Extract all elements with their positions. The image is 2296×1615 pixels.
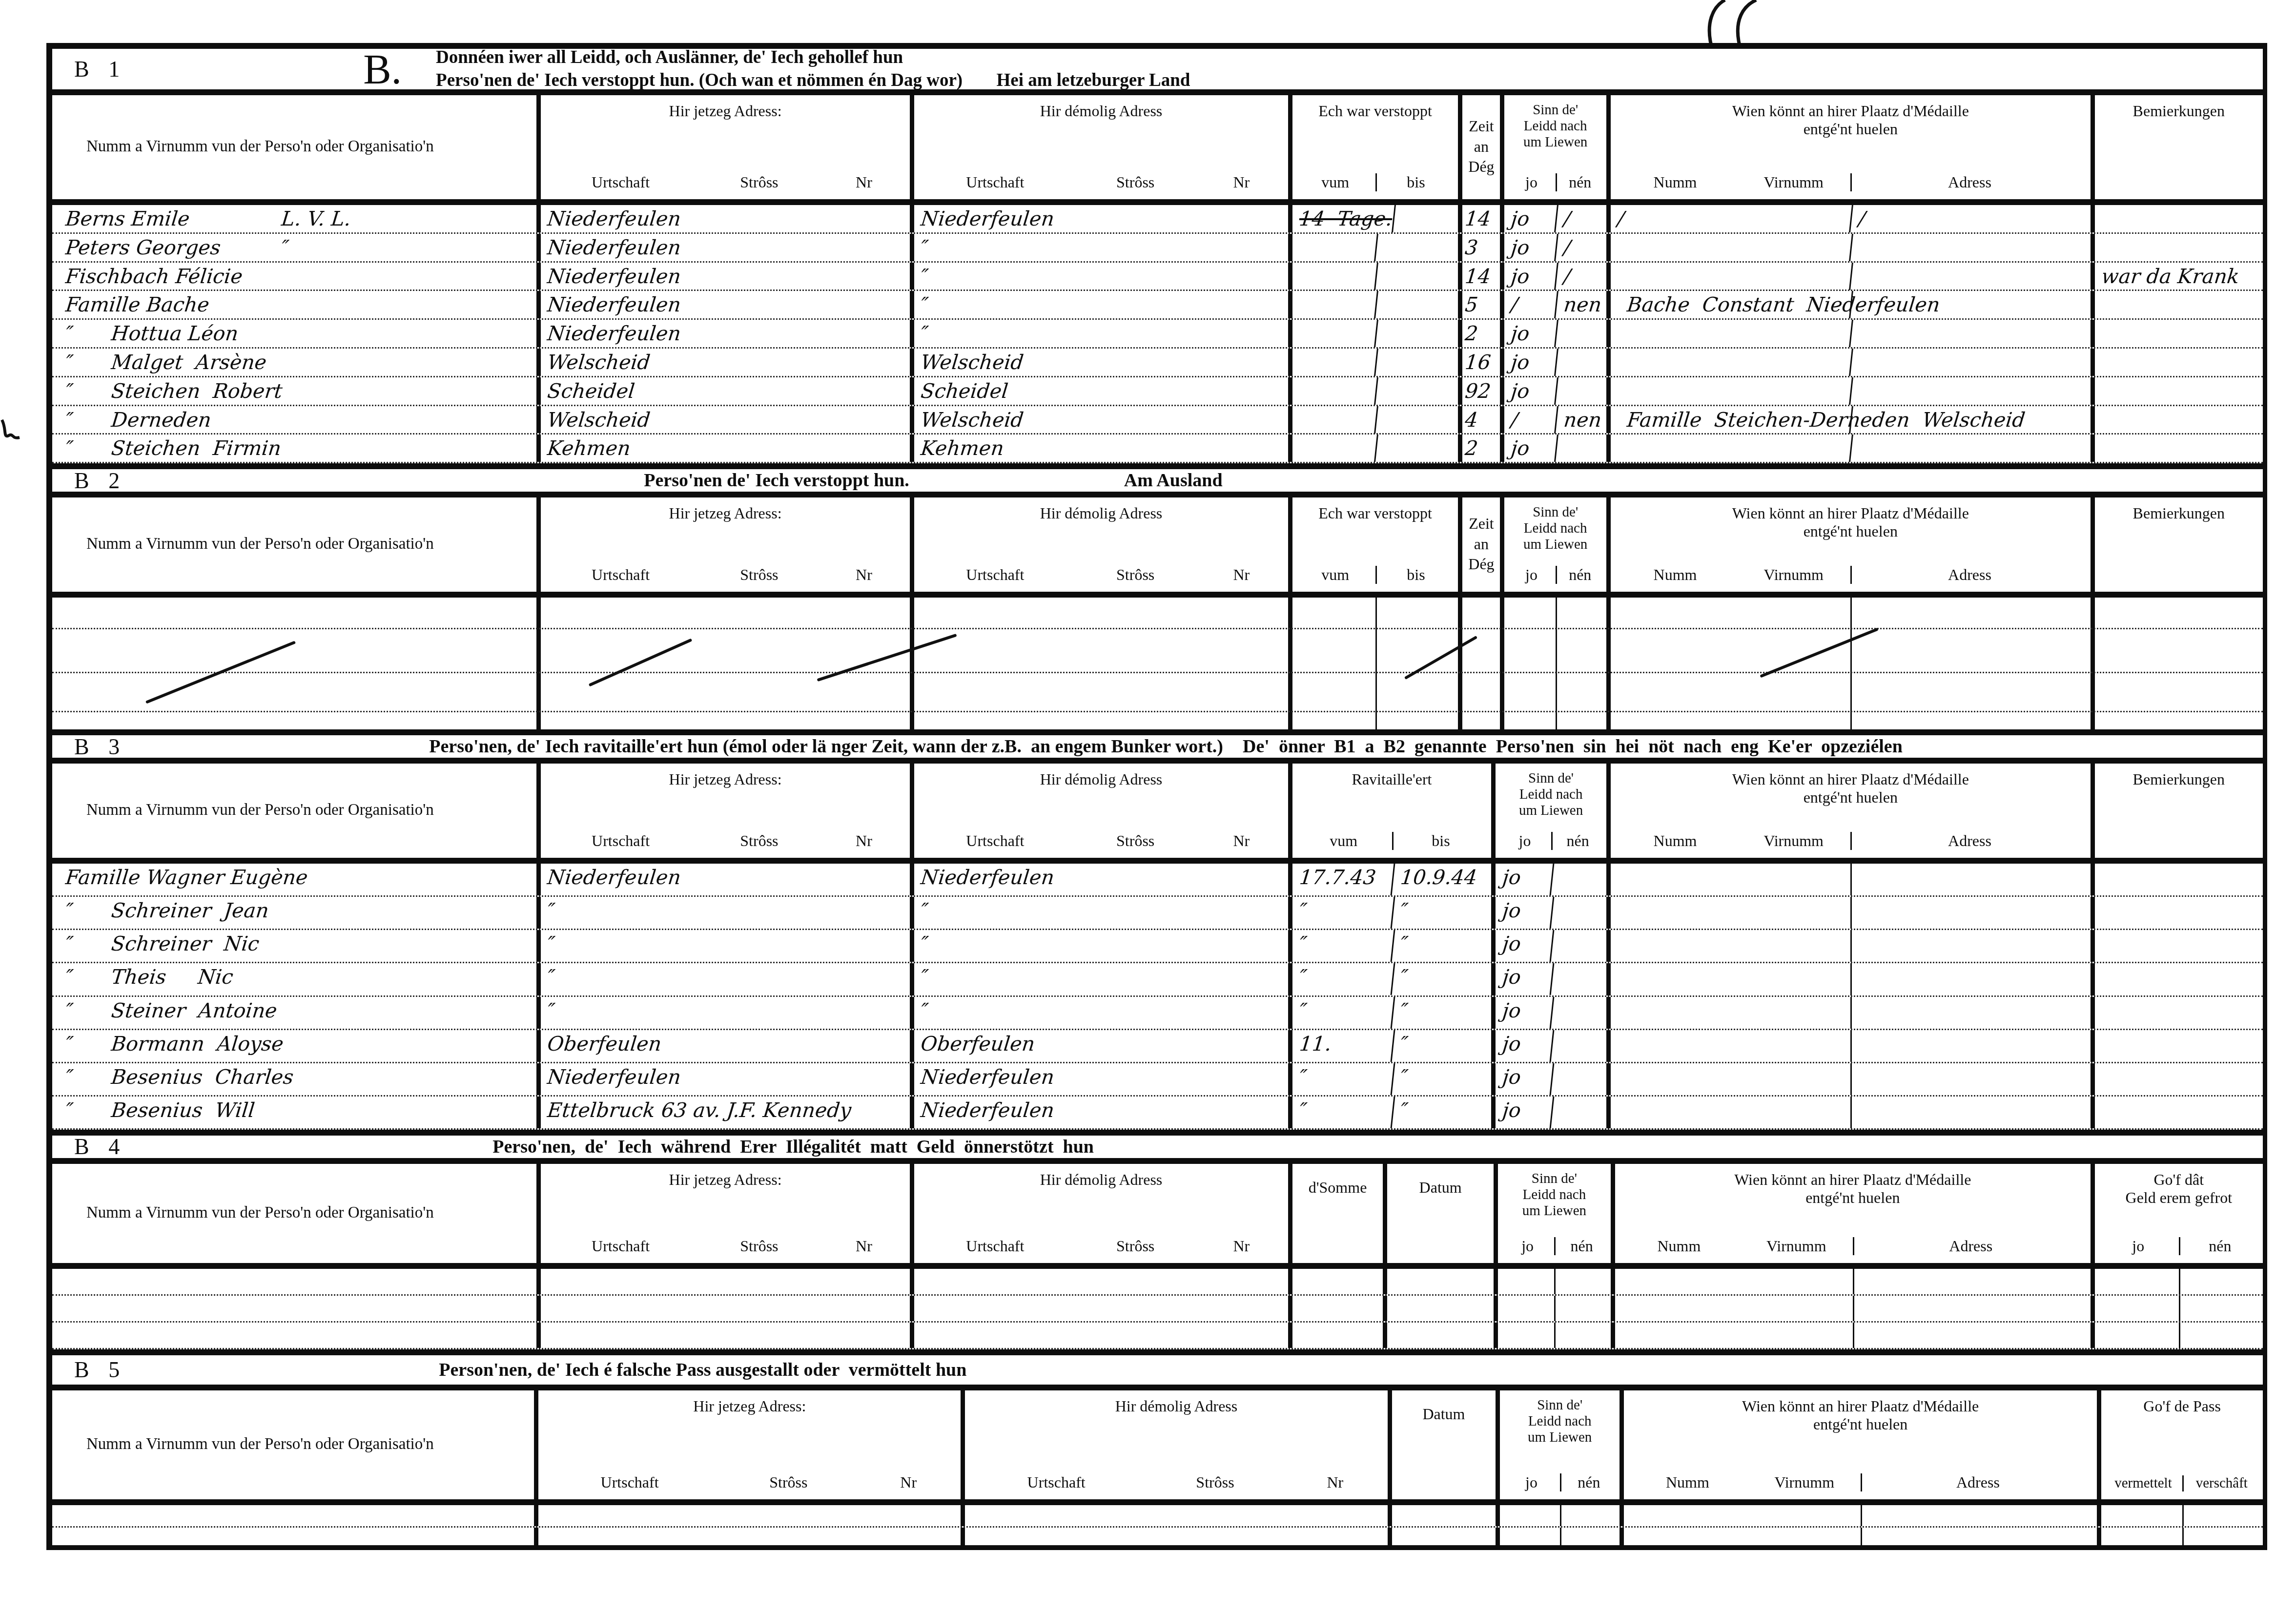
ravitailleert-vum: ″ — [1291, 997, 1394, 1029]
cell-bemierkungen — [2091, 234, 2263, 261]
cell-name: ″ Malget Arsène — [52, 349, 536, 376]
wien-virnumm — [1734, 234, 1852, 261]
b2-title: Perso'nen de' Iech verstoppt hun. — [644, 470, 909, 491]
cell-wien: Famille Steichen-Derneden Welscheid — [1606, 406, 2091, 434]
cell-bemierkungen — [2091, 406, 2263, 434]
cell-demolig: Scheidel — [910, 377, 1288, 405]
b1-column-headers: Numm a Virnumm vun der Perso'n oder Orga… — [52, 95, 2263, 205]
table-row: ″ Schreiner Jean ″ ″ ″ ″ jo — [52, 897, 2263, 930]
cell-zeit: 3 — [1458, 234, 1500, 261]
cell-bemierkungen: war da Krank — [2091, 263, 2263, 290]
b3-note: De' önner B1 a B2 genannte Perso'nen sin… — [1243, 736, 1903, 757]
table-row: ″ Schreiner Nic ″ ″ ″ ″ jo — [52, 930, 2263, 963]
cell-sinn: jo — [1491, 1063, 1606, 1095]
sinn-nen — [1549, 963, 1608, 995]
ravitailleert-vum: ″ — [1291, 930, 1394, 962]
cell-name: ″ Theis Nic — [52, 963, 536, 995]
cell-verstoppt — [1288, 349, 1458, 376]
cell-zeit: 5 — [1458, 291, 1500, 318]
row-organisation: ″ — [273, 234, 291, 259]
cell-sinn: jo — [1491, 864, 1606, 895]
cell-wien — [1606, 349, 2091, 376]
cell-ravitailleert: 11. ″ — [1288, 1030, 1492, 1062]
wien-virnumm — [1734, 349, 1852, 376]
cell-jetzeg: Scheidel — [536, 377, 910, 405]
table-row: Peters Georges ″ Niederfeulen ″ 3 jo / — [52, 234, 2263, 263]
wien-adress — [1849, 263, 2091, 290]
cell-zeit: 14 — [1458, 263, 1500, 290]
ravitailleert-bis: ″ — [1390, 997, 1493, 1029]
cell-demolig: ″ — [910, 963, 1288, 995]
b4-col-gof-geld: Go'f dâtGeld erem gefrot jonén — [2091, 1164, 2263, 1263]
cell-verstoppt — [1288, 377, 1458, 405]
cell-name: Famille Wagner Eugène — [52, 864, 536, 895]
wien-numm — [1609, 377, 1737, 405]
sinn-jo: jo — [1494, 1063, 1553, 1095]
row-name: ″ Hottua Léon — [51, 320, 537, 345]
cell-jetzeg: Kehmen — [536, 435, 910, 462]
b5-col-sinn: Sinn de'Leidd nachum Liewen jonén — [1496, 1390, 1619, 1499]
cell-wien — [1606, 1030, 2091, 1062]
table-row: ″ Malget Arsène Welscheid Welscheid 16 j… — [52, 349, 2263, 377]
cell-ravitailleert: ″ ″ — [1288, 997, 1492, 1029]
cell-wien: Bache Constant Niederfeulen — [1606, 291, 2091, 318]
ravitailleert-vum: ″ — [1291, 1063, 1394, 1095]
section-b2-titlebar: B 2 Perso'nen de' Iech verstoppt hun. Am… — [52, 463, 2263, 497]
b2-col-verstoppt: Ech war verstoppt vumbis — [1288, 497, 1458, 592]
ravitailleert-bis: ″ — [1390, 1097, 1493, 1128]
cell-bemierkungen — [2091, 377, 2263, 405]
b2-col-sinn: Sinn de'Leidd nachum Liewen jonén — [1500, 497, 1606, 592]
verstoppt-vum — [1291, 291, 1377, 318]
b5-column-headers: Numm a Virnumm vun der Perso'n oder Orga… — [52, 1390, 2263, 1505]
cell-name: ″ Besenius Will — [52, 1097, 536, 1128]
verstoppt-vum — [1291, 349, 1377, 376]
verstoppt-vum — [1291, 263, 1377, 290]
ravitailleert-vum: ″ — [1291, 963, 1394, 995]
cell-verstoppt — [1288, 263, 1458, 290]
cell-ravitailleert: ″ ″ — [1288, 897, 1492, 929]
cell-verstoppt — [1288, 435, 1458, 462]
table-row: ″ Theis Nic ″ ″ ″ ″ jo — [52, 963, 2263, 996]
wien-virnumm — [1734, 377, 1852, 405]
dotted-line — [52, 672, 2263, 673]
wien-entry: Famille Steichen-Derneden Welscheid — [1619, 406, 2028, 432]
b5-col-name: Numm a Virnumm vun der Perso'n oder Orga… — [52, 1390, 534, 1499]
wien-numm — [1609, 320, 1737, 347]
section-b1-title: Donnéen iwer all Leidd, och Auslänner, d… — [436, 46, 1190, 92]
cell-verstoppt: 14 Tage. — [1288, 205, 1458, 232]
sinn-jo: jo — [1494, 1030, 1553, 1062]
wien-adress — [1849, 435, 2091, 462]
cell-name: ″ Hottua Léon — [52, 320, 536, 347]
ravitailleert-vum: 17.7.43 — [1291, 864, 1394, 895]
cell-bemierkungen — [2091, 205, 2263, 232]
cell-name: ″ Steichen Firmin — [52, 435, 536, 462]
cell-sinn: jo — [1500, 377, 1606, 405]
cell-bemierkungen — [2091, 1063, 2263, 1095]
cell-wien — [1606, 234, 2091, 261]
table-row: ″ Besenius Will Ettelbruck 63 av. J.F. K… — [52, 1097, 2263, 1130]
cell-name: ″ Steiner Antoine — [52, 997, 536, 1029]
wien-numm: / — [1609, 205, 1737, 232]
cell-sinn: jo — [1491, 897, 1606, 929]
cell-demolig: ″ — [910, 897, 1288, 929]
cell-wien: / / — [1606, 205, 2091, 232]
cell-wien — [1606, 320, 2091, 347]
ravitailleert-vum: ″ — [1291, 897, 1394, 929]
verstoppt-bis — [1374, 263, 1460, 290]
sinn-jo: jo — [1503, 234, 1557, 261]
b2-col-name: Numm a Virnumm vun der Perso'n oder Orga… — [52, 497, 536, 592]
cell-demolig: Niederfeulen — [910, 1063, 1288, 1095]
b3-col-sinn: Sinn de'Leidd nachum Liewen jonén — [1491, 764, 1606, 858]
cell-wien — [1606, 963, 2091, 995]
dotted-line — [52, 628, 2263, 629]
b4-col-somme: d'Somme — [1288, 1164, 1383, 1263]
cell-demolig: ″ — [910, 320, 1288, 347]
ravitailleert-vum: 11. — [1291, 1030, 1394, 1062]
wien-adress: / — [1849, 205, 2091, 232]
b5-col-datum: Datum — [1388, 1390, 1496, 1499]
cell-sinn: jo / — [1500, 263, 1606, 290]
cell-jetzeg: ″ — [536, 963, 910, 995]
table-row: ″ Steichen Robert Scheidel Scheidel 92 j… — [52, 377, 2263, 406]
verstoppt-bis — [1374, 406, 1460, 434]
cell-jetzeg: Welscheid — [536, 406, 910, 434]
row-organisation — [275, 435, 283, 436]
b2-col-wien: Wien könnt an hirer Plaatz d'Médailleent… — [1606, 497, 2091, 592]
cell-bemierkungen — [2091, 897, 2263, 929]
wien-virnumm — [1734, 320, 1852, 347]
cell-sinn: jo — [1500, 320, 1606, 347]
scanned-form-page: B 1 B. Donnéen iwer all Leidd, och Auslä… — [0, 0, 2296, 1615]
cell-verstoppt — [1288, 234, 1458, 261]
cell-verstoppt — [1288, 406, 1458, 434]
cell-sinn: jo — [1491, 1030, 1606, 1062]
table-row: ″ Derneden Welscheid Welscheid 4 / nen — [52, 406, 2263, 435]
wien-virnumm — [1734, 263, 1852, 290]
row-name: ″ Malget Arsène — [51, 349, 537, 374]
b5-col-jetzeg: Hir jetzeg Adress: UrtschaftStrôssNr — [534, 1390, 961, 1499]
cell-demolig: ″ — [910, 997, 1288, 1029]
sinn-nen — [1554, 377, 1608, 405]
cell-name: ″ Schreiner Nic — [52, 930, 536, 962]
cell-wien — [1606, 1063, 2091, 1095]
cell-name: ″ Derneden — [52, 406, 536, 434]
cell-demolig: Kehmen — [910, 435, 1288, 462]
sinn-nen: nen — [1554, 291, 1608, 318]
sinn-nen: / — [1554, 205, 1608, 232]
b3-title: Perso'nen, de' Iech ravitaille'ert hun (… — [429, 736, 1223, 757]
cell-name: Berns Emile L. V. L. — [52, 205, 536, 232]
cell-name: ″ Steichen Robert — [52, 377, 536, 405]
b5-col-wien: Wien könnt an hirer Plaatz d'Médailleent… — [1619, 1390, 2097, 1499]
cell-bemierkungen — [2091, 349, 2263, 376]
section-b3-titlebar: B 3 Perso'nen, de' Iech ravitaille'ert h… — [52, 729, 2263, 764]
sinn-jo: / — [1503, 406, 1557, 434]
row-name: Famille Bache — [51, 291, 537, 316]
sinn-nen — [1549, 864, 1608, 895]
wien-entry — [1620, 205, 1628, 207]
sinn-jo: jo — [1494, 930, 1553, 962]
section-label-b5: B 5 — [74, 1357, 126, 1383]
cell-bemierkungen — [2091, 864, 2263, 895]
table-row: ″ Bormann Aloyse Oberfeulen Oberfeulen 1… — [52, 1030, 2263, 1063]
wien-virnumm — [1734, 205, 1852, 232]
cell-name: ″ Besenius Charles — [52, 1063, 536, 1095]
verstoppt-bis — [1374, 320, 1460, 347]
b1-col-wien: Wien könnt an hirer Plaatz d'Médailleent… — [1606, 95, 2091, 199]
cell-jetzeg: Niederfeulen — [536, 1063, 910, 1095]
row-organisation — [275, 320, 283, 322]
sinn-nen — [1549, 930, 1608, 962]
cell-name: Famille Bache — [52, 291, 536, 318]
cell-jetzeg: Oberfeulen — [536, 1030, 910, 1062]
cell-demolig: Oberfeulen — [910, 1030, 1288, 1062]
cell-verstoppt — [1288, 291, 1458, 318]
cell-sinn: jo — [1500, 435, 1606, 462]
ravitailleert-bis: ″ — [1390, 897, 1493, 929]
b5-col-demolig: Hir démolig Adress UrtschaftStrôssNr — [961, 1390, 1387, 1499]
b3-col-name: Numm a Virnumm vun der Perso'n oder Orga… — [52, 764, 536, 858]
cell-wien — [1606, 997, 2091, 1029]
sinn-jo: jo — [1503, 205, 1557, 232]
table-row: ″ Steiner Antoine ″ ″ ″ ″ jo — [52, 997, 2263, 1030]
verstoppt-bis — [1374, 291, 1460, 318]
cell-name: Peters Georges ″ — [52, 234, 536, 261]
cell-wien — [1606, 435, 2091, 462]
cell-zeit: 14 — [1458, 205, 1500, 232]
b4-col-name: Numm a Virnumm vun der Perso'n oder Orga… — [52, 1164, 536, 1263]
wien-entry — [1620, 349, 1628, 351]
cell-bemierkungen — [2091, 997, 2263, 1029]
verstoppt-vum — [1291, 406, 1377, 434]
sinn-nen — [1549, 897, 1608, 929]
sinn-nen — [1549, 1030, 1608, 1062]
sinn-nen — [1554, 435, 1608, 462]
sinn-jo: jo — [1503, 377, 1557, 405]
ravitailleert-bis: ″ — [1390, 1030, 1493, 1062]
row-organisation — [275, 291, 283, 293]
wien-entry — [1620, 320, 1628, 322]
ravitailleert-vum: ″ — [1291, 1097, 1394, 1128]
ravitailleert-bis: 10.9.44 — [1390, 864, 1493, 895]
sinn-jo: jo — [1494, 963, 1553, 995]
b5-title: Person'nen, de' Iech é falsche Pass ausg… — [439, 1359, 966, 1381]
cell-jetzeg: Welscheid — [536, 349, 910, 376]
sinn-nen — [1549, 1063, 1608, 1095]
cell-demolig: ″ — [910, 930, 1288, 962]
sinn-nen: nen — [1554, 406, 1608, 434]
wien-entry — [1620, 263, 1628, 265]
wien-adress — [1849, 349, 2091, 376]
verstoppt-bis — [1392, 205, 1459, 232]
wien-numm — [1609, 263, 1737, 290]
cell-zeit: 2 — [1458, 435, 1500, 462]
cell-demolig: Niederfeulen — [910, 205, 1288, 232]
cell-jetzeg: ″ — [536, 997, 910, 1029]
cell-jetzeg: ″ — [536, 930, 910, 962]
verstoppt-bis — [1374, 234, 1460, 261]
row-name: ″ Steichen Firmin — [51, 435, 537, 460]
cell-demolig: Niederfeulen — [910, 1097, 1288, 1128]
sinn-jo: jo — [1494, 1097, 1553, 1128]
cell-ravitailleert: ″ ″ — [1288, 1063, 1492, 1095]
table-row: Famille Bache Niederfeulen ″ 5 / nen — [52, 291, 2263, 320]
cell-jetzeg: ″ — [536, 897, 910, 929]
cell-zeit: 4 — [1458, 406, 1500, 434]
section-b1-titlebar: B 1 B. Donnéen iwer all Leidd, och Auslä… — [52, 49, 2263, 95]
cell-sinn: jo / — [1500, 234, 1606, 261]
b2-column-headers: Numm a Virnumm vun der Perso'n oder Orga… — [52, 497, 2263, 598]
cell-demolig: ″ — [910, 263, 1288, 290]
pen-squiggle — [0, 410, 29, 444]
verstoppt-vum — [1291, 435, 1377, 462]
sinn-nen — [1549, 997, 1608, 1029]
b4-col-demolig: Hir démolig Adress UrtschaftStrôssNr — [910, 1164, 1288, 1263]
verstoppt-vum: 14 Tage. — [1291, 205, 1394, 232]
cell-demolig: Welscheid — [910, 349, 1288, 376]
ravitailleert-bis: ″ — [1390, 1063, 1493, 1095]
section-label-b1: B 1 — [74, 56, 126, 82]
cell-demolig: Niederfeulen — [910, 864, 1288, 895]
cell-ravitailleert: ″ ″ — [1288, 1097, 1492, 1128]
b3-rows: Famille Wagner Eugène Niederfeulen Niede… — [52, 864, 2263, 1130]
b3-col-bemierkungen: Bemierkungen — [2091, 764, 2263, 858]
cell-sinn: jo — [1500, 349, 1606, 376]
b3-column-headers: Numm a Virnumm vun der Perso'n oder Orga… — [52, 764, 2263, 864]
b4-col-sinn: Sinn de'Leidd nachum Liewen jonén — [1494, 1164, 1611, 1263]
section-label-b4: B 4 — [74, 1134, 126, 1159]
cell-sinn: jo — [1491, 963, 1606, 995]
verstoppt-vum — [1291, 234, 1377, 261]
b1-col-name: Numm a Virnumm vun der Perso'n oder Orga… — [52, 95, 536, 199]
sinn-nen — [1554, 320, 1608, 347]
cell-wien — [1606, 263, 2091, 290]
b1-col-verstoppt: Ech war verstoppt vumbis — [1288, 95, 1458, 199]
sinn-nen: / — [1554, 234, 1608, 261]
table-row: ″ Steichen Firmin Kehmen Kehmen 2 jo — [52, 435, 2263, 463]
b2-rows-empty — [52, 598, 2263, 729]
cell-sinn: jo — [1491, 997, 1606, 1029]
cell-zeit: 92 — [1458, 377, 1500, 405]
cell-name: Fischbach Félicie — [52, 263, 536, 290]
table-row: ″ Besenius Charles Niederfeulen Niederfe… — [52, 1063, 2263, 1097]
verstoppt-vum — [1291, 320, 1377, 347]
questionnaire-form: B 1 B. Donnéen iwer all Leidd, och Auslä… — [46, 43, 2267, 1550]
wien-entry: Bache Constant Niederfeulen — [1619, 291, 1942, 316]
cell-bemierkungen — [2091, 435, 2263, 462]
row-name: ″ Derneden — [51, 406, 537, 432]
section-label-b2: B 2 — [74, 468, 126, 494]
table-row: Fischbach Félicie Niederfeulen ″ 14 jo / — [52, 263, 2263, 291]
cell-sinn: jo — [1491, 1097, 1606, 1128]
row-organisation — [275, 377, 283, 379]
sinn-jo: jo — [1494, 864, 1553, 895]
b4-column-headers: Numm a Virnumm vun der Perso'n oder Orga… — [52, 1164, 2263, 1269]
section-b4-titlebar: B 4 Perso'nen, de' Iech während Erer Ill… — [52, 1130, 2263, 1164]
section-b5-titlebar: B 5 Person'nen, de' Iech é falsche Pass … — [52, 1349, 2263, 1390]
b1-col-demolig: Hir démolig Adress UrtschaftStrôssNr — [910, 95, 1288, 199]
b4-title: Perso'nen, de' Iech während Erer Illégal… — [492, 1136, 1094, 1158]
cell-sinn: jo — [1491, 930, 1606, 962]
b1-col-sinn: Sinn de'Leidd nachum Liewen jonén — [1500, 95, 1606, 199]
wien-virnumm — [1734, 435, 1852, 462]
sinn-nen: / — [1554, 263, 1608, 290]
table-row: Berns Emile L. V. L. Niederfeulen Nieder… — [52, 205, 2263, 234]
sinn-nen — [1554, 349, 1608, 376]
row-organisation: L. V. L. — [273, 205, 353, 230]
cell-zeit: 16 — [1458, 349, 1500, 376]
cell-name: ″ Schreiner Jean — [52, 897, 536, 929]
sinn-nen — [1549, 1097, 1608, 1128]
cell-sinn: jo / — [1500, 205, 1606, 232]
wien-adress — [1849, 320, 2091, 347]
cell-jetzeg: Niederfeulen — [536, 291, 910, 318]
wien-numm — [1609, 435, 1737, 462]
cell-demolig: ″ — [910, 234, 1288, 261]
cell-sinn: / nen — [1500, 291, 1606, 318]
b5-rows-empty — [52, 1505, 2263, 1545]
b1-rows: Berns Emile L. V. L. Niederfeulen Nieder… — [52, 205, 2263, 463]
b3-col-ravitailleert: Ravitaille'ert vumbis — [1288, 764, 1492, 858]
b2-col-demolig: Hir démolig Adress UrtschaftStrôssNr — [910, 497, 1288, 592]
dotted-line — [52, 711, 2263, 712]
b1-col-bemierkungen: Bemierkungen — [2091, 95, 2263, 199]
cell-zeit: 2 — [1458, 320, 1500, 347]
cell-ravitailleert: ″ ″ — [1288, 963, 1492, 995]
cell-bemierkungen — [2091, 1097, 2263, 1128]
section-label-b3: B 3 — [74, 734, 126, 760]
ravitailleert-bis: ″ — [1390, 930, 1493, 962]
b1-col-zeit: ZeitanDég — [1458, 95, 1500, 199]
b4-col-jetzeg: Hir jetzeg Adress: UrtschaftStrôssNr — [536, 1164, 910, 1263]
b2-col-bemierkungen: Bemierkungen — [2091, 497, 2263, 592]
table-row: Famille Wagner Eugène Niederfeulen Niede… — [52, 864, 2263, 897]
cell-ravitailleert: ″ ″ — [1288, 930, 1492, 962]
b2-col-zeit: ZeitanDég — [1458, 497, 1500, 592]
b3-col-jetzeg: Hir jetzeg Adress: UrtschaftStrôssNr — [536, 764, 910, 858]
cell-wien — [1606, 930, 2091, 962]
b2-col-jetzeg: Hir jetzeg Adress: UrtschaftStrôssNr — [536, 497, 910, 592]
row-organisation — [275, 406, 283, 408]
row-name: Peters Georges — [51, 234, 537, 259]
cell-wien — [1606, 864, 2091, 895]
verstoppt-bis — [1374, 377, 1460, 405]
b4-rows-empty — [52, 1269, 2263, 1349]
cell-demolig: ″ — [910, 291, 1288, 318]
cell-jetzeg: Niederfeulen — [536, 864, 910, 895]
b3-col-demolig: Hir démolig Adress UrtschaftStrôssNr — [910, 764, 1288, 858]
cell-bemierkungen — [2091, 1030, 2263, 1062]
wien-numm — [1609, 349, 1737, 376]
b1-title-line3: Hei am letzeburger Land — [996, 70, 1190, 90]
cell-bemierkungen — [2091, 963, 2263, 995]
wien-adress — [1849, 234, 2091, 261]
b2-subtitle: Am Ausland — [1124, 470, 1223, 491]
ravitailleert-bis: ″ — [1390, 963, 1493, 995]
table-row: ″ Hottua Léon Niederfeulen ″ 2 jo — [52, 320, 2263, 349]
cell-bemierkungen — [2091, 320, 2263, 347]
cell-jetzeg: Ettelbruck 63 av. J.F. Kennedy — [536, 1097, 910, 1128]
cell-verstoppt — [1288, 320, 1458, 347]
cell-jetzeg: Niederfeulen — [536, 205, 910, 232]
b1-title-line2: Perso'nen de' Iech verstoppt hun. (Och w… — [436, 70, 963, 90]
row-organisation — [275, 263, 283, 265]
b4-col-datum: Datum — [1383, 1164, 1493, 1263]
cell-bemierkungen — [2091, 291, 2263, 318]
